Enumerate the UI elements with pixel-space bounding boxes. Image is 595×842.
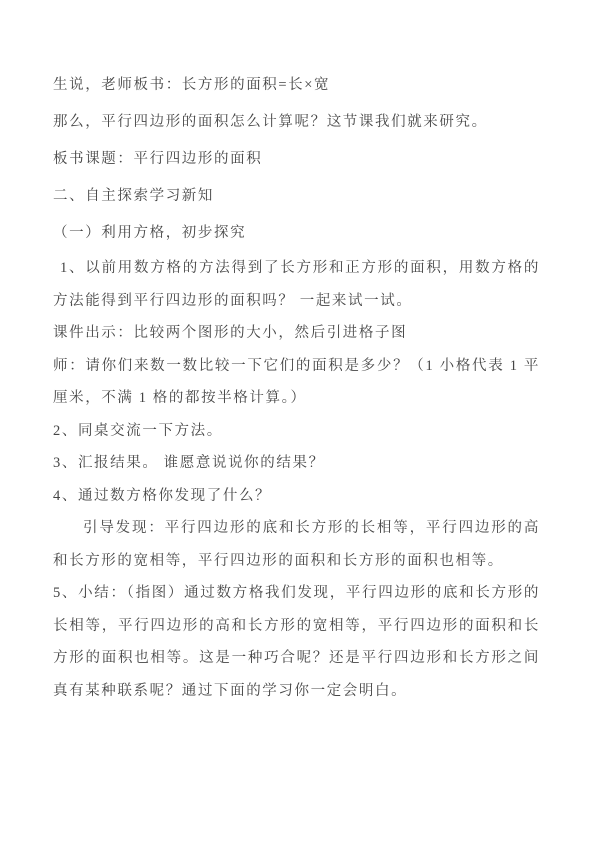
doc-line: 方法能得到平行四边形的面积吗？ 一起来试一试。: [53, 285, 540, 318]
doc-line: 4、通过数方格你发现了什么？: [53, 480, 540, 513]
doc-line: 方形的面积也相等。这是一种巧合呢？还是平行四边形和长方形之间: [53, 642, 540, 675]
doc-line: 生说，老师板书：长方形的面积=长×宽: [53, 67, 540, 104]
doc-line: 和长方形的宽相等，平行四边形的面积和长方形的面积也相等。: [53, 545, 540, 578]
doc-line: 板书课题：平行四边形的面积: [53, 141, 540, 178]
doc-line: 引导发现：平行四边形的底和长方形的长相等，平行四边形的高: [53, 512, 540, 545]
doc-line: 师：请你们来数一数比较一下它们的面积是多少？（1 小格代表 1 平方: [53, 350, 540, 383]
doc-line: 厘米，不满 1 格的都按半格计算。）: [53, 382, 540, 415]
doc-line: 长相等，平行四边形的高和长方形的宽相等，平行四边形的面积和长: [53, 610, 540, 643]
doc-line: 二、自主探索学习新知: [53, 178, 540, 215]
doc-line: 5、小结：（指图）通过数方格我们发现，平行四边形的底和长方形的: [53, 577, 540, 610]
doc-line: 3、汇报结果。 谁愿意说说你的结果？: [53, 447, 540, 480]
document-body: 生说，老师板书：长方形的面积=长×宽 那么，平行四边形的面积怎么计算呢？这节课我…: [53, 67, 540, 707]
doc-line: 1、以前用数方格的方法得到了长方形和正方形的面积，用数方格的: [53, 252, 540, 285]
doc-line: 2、同桌交流一下方法。: [53, 415, 540, 448]
document-page: 生说，老师板书：长方形的面积=长×宽 那么，平行四边形的面积怎么计算呢？这节课我…: [0, 0, 595, 842]
doc-line: 真有某种联系呢？通过下面的学习你一定会明白。: [53, 675, 540, 708]
doc-line: 那么，平行四边形的面积怎么计算呢？这节课我们就来研究。: [53, 104, 540, 141]
doc-line: （一）利用方格，初步探究: [53, 215, 540, 252]
doc-line: 课件出示：比较两个图形的大小，然后引进格子图: [53, 317, 540, 350]
